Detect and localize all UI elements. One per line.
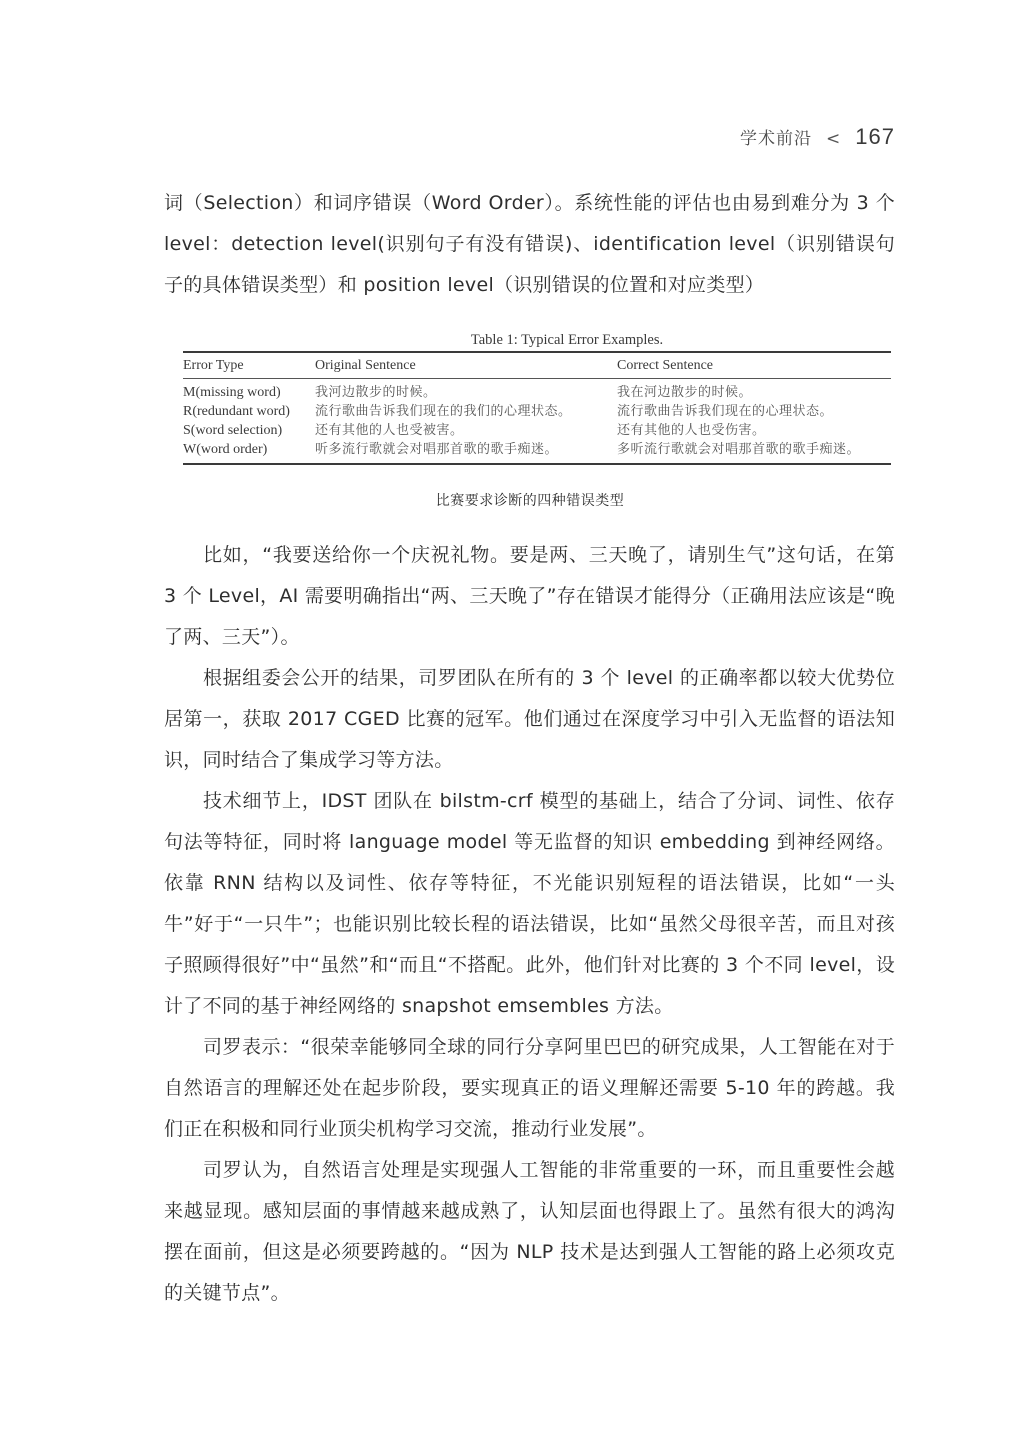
paragraph: 根据组委会公开的结果，司罗团队在所有的 3 个 level 的正确率都以较大优势… (164, 658, 895, 781)
error-type-cell: S(word selection) (183, 421, 315, 440)
original-sentence-cell: 还有其他的人也受被害。 (315, 421, 617, 440)
error-type-cell: R(redundant word) (183, 402, 315, 421)
column-header-original-sentence: Original Sentence (315, 352, 617, 379)
original-sentence-cell: 听多流行歌就会对唱那首歌的歌手痴迷。 (315, 440, 617, 464)
table-row: M(missing word) 我河边散步的时候。 我在河边散步的时候。 (183, 379, 891, 403)
error-examples-figure: Table 1: Typical Error Examples. Error T… (183, 330, 891, 465)
page-number: 167 (855, 124, 895, 150)
paragraph: 技术细节上，IDST 团队在 bilstm-crf 模型的基础上，结合了分词、词… (164, 781, 895, 1027)
correct-sentence-cell: 我在河边散步的时候。 (617, 379, 891, 403)
column-header-error-type: Error Type (183, 352, 315, 379)
table-row: S(word selection) 还有其他的人也受被害。 还有其他的人也受伤害… (183, 421, 891, 440)
table-header-row: Error Type Original Sentence Correct Sen… (183, 352, 891, 379)
original-sentence-cell: 我河边散步的时候。 (315, 379, 617, 403)
paragraph: 司罗表示：“很荣幸能够同全球的同行分享阿里巴巴的研究成果，人工智能在对于自然语言… (164, 1027, 895, 1150)
table-row: R(redundant word) 流行歌曲告诉我们现在的我们的心理状态。 流行… (183, 402, 891, 421)
correct-sentence-cell: 多听流行歌就会对唱那首歌的歌手痴迷。 (617, 440, 891, 464)
column-header-correct-sentence: Correct Sentence (617, 352, 891, 379)
intro-paragraph: 词（Selection）和词序错误（Word Order）。系统性能的评估也由易… (164, 183, 895, 306)
running-head: 学术前沿 < 167 (740, 124, 895, 150)
paragraph: 司罗认为，自然语言处理是实现强人工智能的非常重要的一环，而且重要性会越来越显现。… (164, 1150, 895, 1314)
original-sentence-cell: 流行歌曲告诉我们现在的我们的心理状态。 (315, 402, 617, 421)
paragraph: 比如，“我要送给你一个庆祝礼物。要是两、三天晚了，请别生气”这句话，在第 3 个… (164, 535, 895, 658)
running-head-section: 学术前沿 (740, 124, 812, 149)
correct-sentence-cell: 流行歌曲告诉我们现在的心理状态。 (617, 402, 891, 421)
error-type-cell: W(word order) (183, 440, 315, 464)
figure-caption: 比赛要求诊断的四种错误类型 (0, 490, 1031, 510)
correct-sentence-cell: 还有其他的人也受伤害。 (617, 421, 891, 440)
intro-paragraph-block: 词（Selection）和词序错误（Word Order）。系统性能的评估也由易… (164, 183, 895, 306)
table-row: W(word order) 听多流行歌就会对唱那首歌的歌手痴迷。 多听流行歌就会… (183, 440, 891, 464)
error-type-cell: M(missing word) (183, 379, 315, 403)
running-head-separator: < (826, 129, 841, 149)
body-text: 比如，“我要送给你一个庆祝礼物。要是两、三天晚了，请别生气”这句话，在第 3 个… (164, 535, 895, 1314)
error-examples-table: Error Type Original Sentence Correct Sen… (183, 351, 891, 465)
table-caption: Table 1: Typical Error Examples. (243, 330, 891, 350)
